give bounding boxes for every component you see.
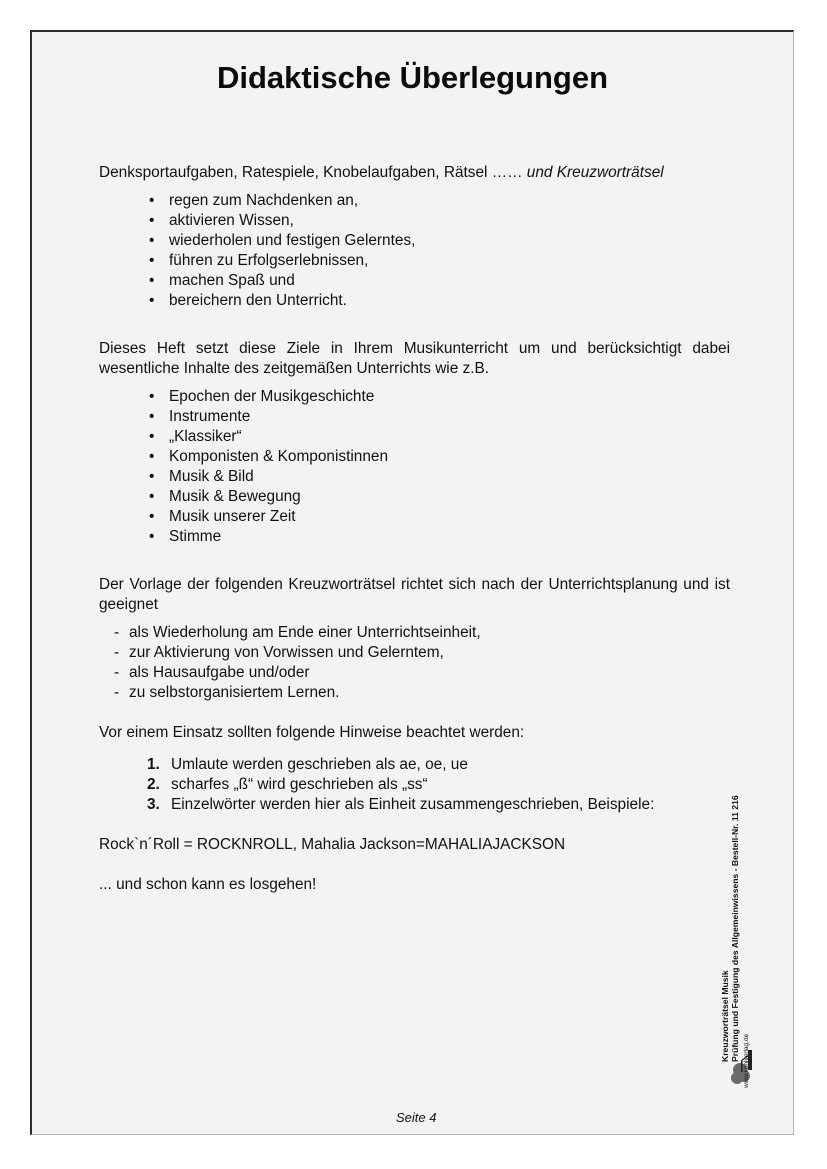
paragraph-notes: Vor einem Einsatz sollten folgende Hinwe… [99, 723, 730, 743]
list-item: •wiederholen und festigen Gelerntes, [142, 231, 415, 251]
list-item-text: „Klassiker“ [169, 428, 242, 445]
bullet-icon: • [149, 211, 154, 231]
rule-number: 1. [147, 755, 160, 775]
list-item: •machen Spaß und [142, 271, 415, 291]
list-item: •aktivieren Wissen, [142, 211, 415, 231]
list-item: •Stimme [142, 527, 388, 547]
bullet-icon: • [149, 507, 154, 527]
list-item-text: wiederholen und festigen Gelerntes, [169, 232, 415, 249]
benefits-list: •regen zum Nachdenken an,•aktivieren Wis… [142, 191, 415, 311]
bullet-icon: • [149, 387, 154, 407]
list-item-text: als Hausaufgabe und/oder [129, 664, 310, 681]
bullet-icon: • [149, 527, 154, 547]
list-item-text: Musik & Bewegung [169, 488, 301, 505]
topics-list: •Epochen der Musikgeschichte•Instrumente… [142, 387, 388, 547]
list-item: •„Klassiker“ [142, 427, 388, 447]
bullet-icon: • [149, 467, 154, 487]
dash-icon: - [114, 623, 119, 643]
page-number: Seite 4 [396, 1110, 436, 1125]
list-item: •Epochen der Musikgeschichte [142, 387, 388, 407]
list-item: 1.Umlaute werden geschrieben als ae, oe,… [147, 755, 654, 775]
document-page: Didaktische Überlegungen Denksportaufgab… [30, 30, 794, 1135]
list-item-text: Musik & Bild [169, 468, 254, 485]
intro-lead-italic: und Kreuzworträtsel [527, 164, 664, 181]
bullet-icon: • [149, 407, 154, 427]
list-item: -zu selbstorganisiertem Lernen. [114, 683, 481, 703]
list-item: -zur Aktivierung von Vorwissen und Geler… [114, 643, 481, 663]
list-item: •regen zum Nachdenken an, [142, 191, 415, 211]
list-item: -als Hausaufgabe und/oder [114, 663, 481, 683]
bullet-icon: • [149, 191, 154, 211]
bullet-icon: • [149, 251, 154, 271]
dash-icon: - [114, 683, 119, 703]
dash-icon: - [114, 643, 119, 663]
list-item-text: führen zu Erfolgserlebnissen, [169, 252, 368, 269]
list-item-text: Umlaute werden geschrieben als ae, oe, u… [171, 756, 468, 773]
list-item-text: Epochen der Musikgeschichte [169, 388, 374, 405]
closing-line: ... und schon kann es losgehen! [99, 875, 730, 895]
list-item: •bereichern den Unterricht. [142, 291, 415, 311]
list-item: 2.scharfes „ß“ wird geschrieben als „ss“ [147, 775, 654, 795]
list-item-text: Instrumente [169, 408, 250, 425]
paragraph-usage: Der Vorlage der folgenden Kreuzworträtse… [99, 575, 730, 615]
bullet-icon: • [149, 231, 154, 251]
bullet-icon: • [149, 447, 154, 467]
list-item-text: regen zum Nachdenken an, [169, 192, 358, 209]
bullet-icon: • [149, 271, 154, 291]
list-item-text: als Wiederholung am Ende einer Unterrich… [129, 624, 481, 641]
list-item-text: aktivieren Wissen, [169, 212, 294, 229]
list-item-text: zur Aktivierung von Vorwissen und Gelern… [129, 644, 444, 661]
list-item: -als Wiederholung am Ende einer Unterric… [114, 623, 481, 643]
paragraph-goals: Dieses Heft setzt diese Ziele in Ihrem M… [99, 339, 730, 379]
uses-list: -als Wiederholung am Ende einer Unterric… [114, 623, 481, 703]
bullet-icon: • [149, 427, 154, 447]
publisher-url: www.kohlverlag.de [742, 1034, 752, 1088]
list-item: •Musik & Bild [142, 467, 388, 487]
list-item: •Instrumente [142, 407, 388, 427]
list-item-text: bereichern den Unterricht. [169, 292, 347, 309]
rule-number: 3. [147, 795, 160, 815]
list-item-text: zu selbstorganisiertem Lernen. [129, 684, 339, 701]
list-item-text: Musik unserer Zeit [169, 508, 296, 525]
list-item-text: scharfes „ß“ wird geschrieben als „ss“ [171, 776, 428, 793]
rules-list: 1.Umlaute werden geschrieben als ae, oe,… [147, 755, 654, 815]
side-title: Kreuzworträtsel Musik [720, 970, 730, 1062]
bullet-icon: • [149, 291, 154, 311]
list-item: •Musik & Bewegung [142, 487, 388, 507]
list-item: •führen zu Erfolgserlebnissen, [142, 251, 415, 271]
examples-line: Rock`n´Roll = ROCKNROLL, Mahalia Jackson… [99, 835, 730, 855]
intro-line: Denksportaufgaben, Ratespiele, Knobelauf… [99, 163, 730, 183]
list-item-text: machen Spaß und [169, 272, 295, 289]
list-item: •Komponisten & Komponistinnen [142, 447, 388, 467]
page-title: Didaktische Überlegungen [32, 60, 793, 96]
list-item-text: Komponisten & Komponistinnen [169, 448, 388, 465]
dash-icon: - [114, 663, 119, 683]
side-imprint: www.kohlverlag.de Kreuzworträtsel Musik … [720, 688, 756, 1088]
intro-lead: Denksportaufgaben, Ratespiele, Knobelauf… [99, 164, 523, 181]
list-item: 3.Einzelwörter werden hier als Einheit z… [147, 795, 654, 815]
rule-number: 2. [147, 775, 160, 795]
side-subtitle: Prüfung und Festigung des Allgemeinwisse… [730, 795, 740, 1062]
list-item-text: Einzelwörter werden hier als Einheit zus… [171, 796, 654, 813]
list-item-text: Stimme [169, 528, 221, 545]
list-item: •Musik unserer Zeit [142, 507, 388, 527]
bullet-icon: • [149, 487, 154, 507]
